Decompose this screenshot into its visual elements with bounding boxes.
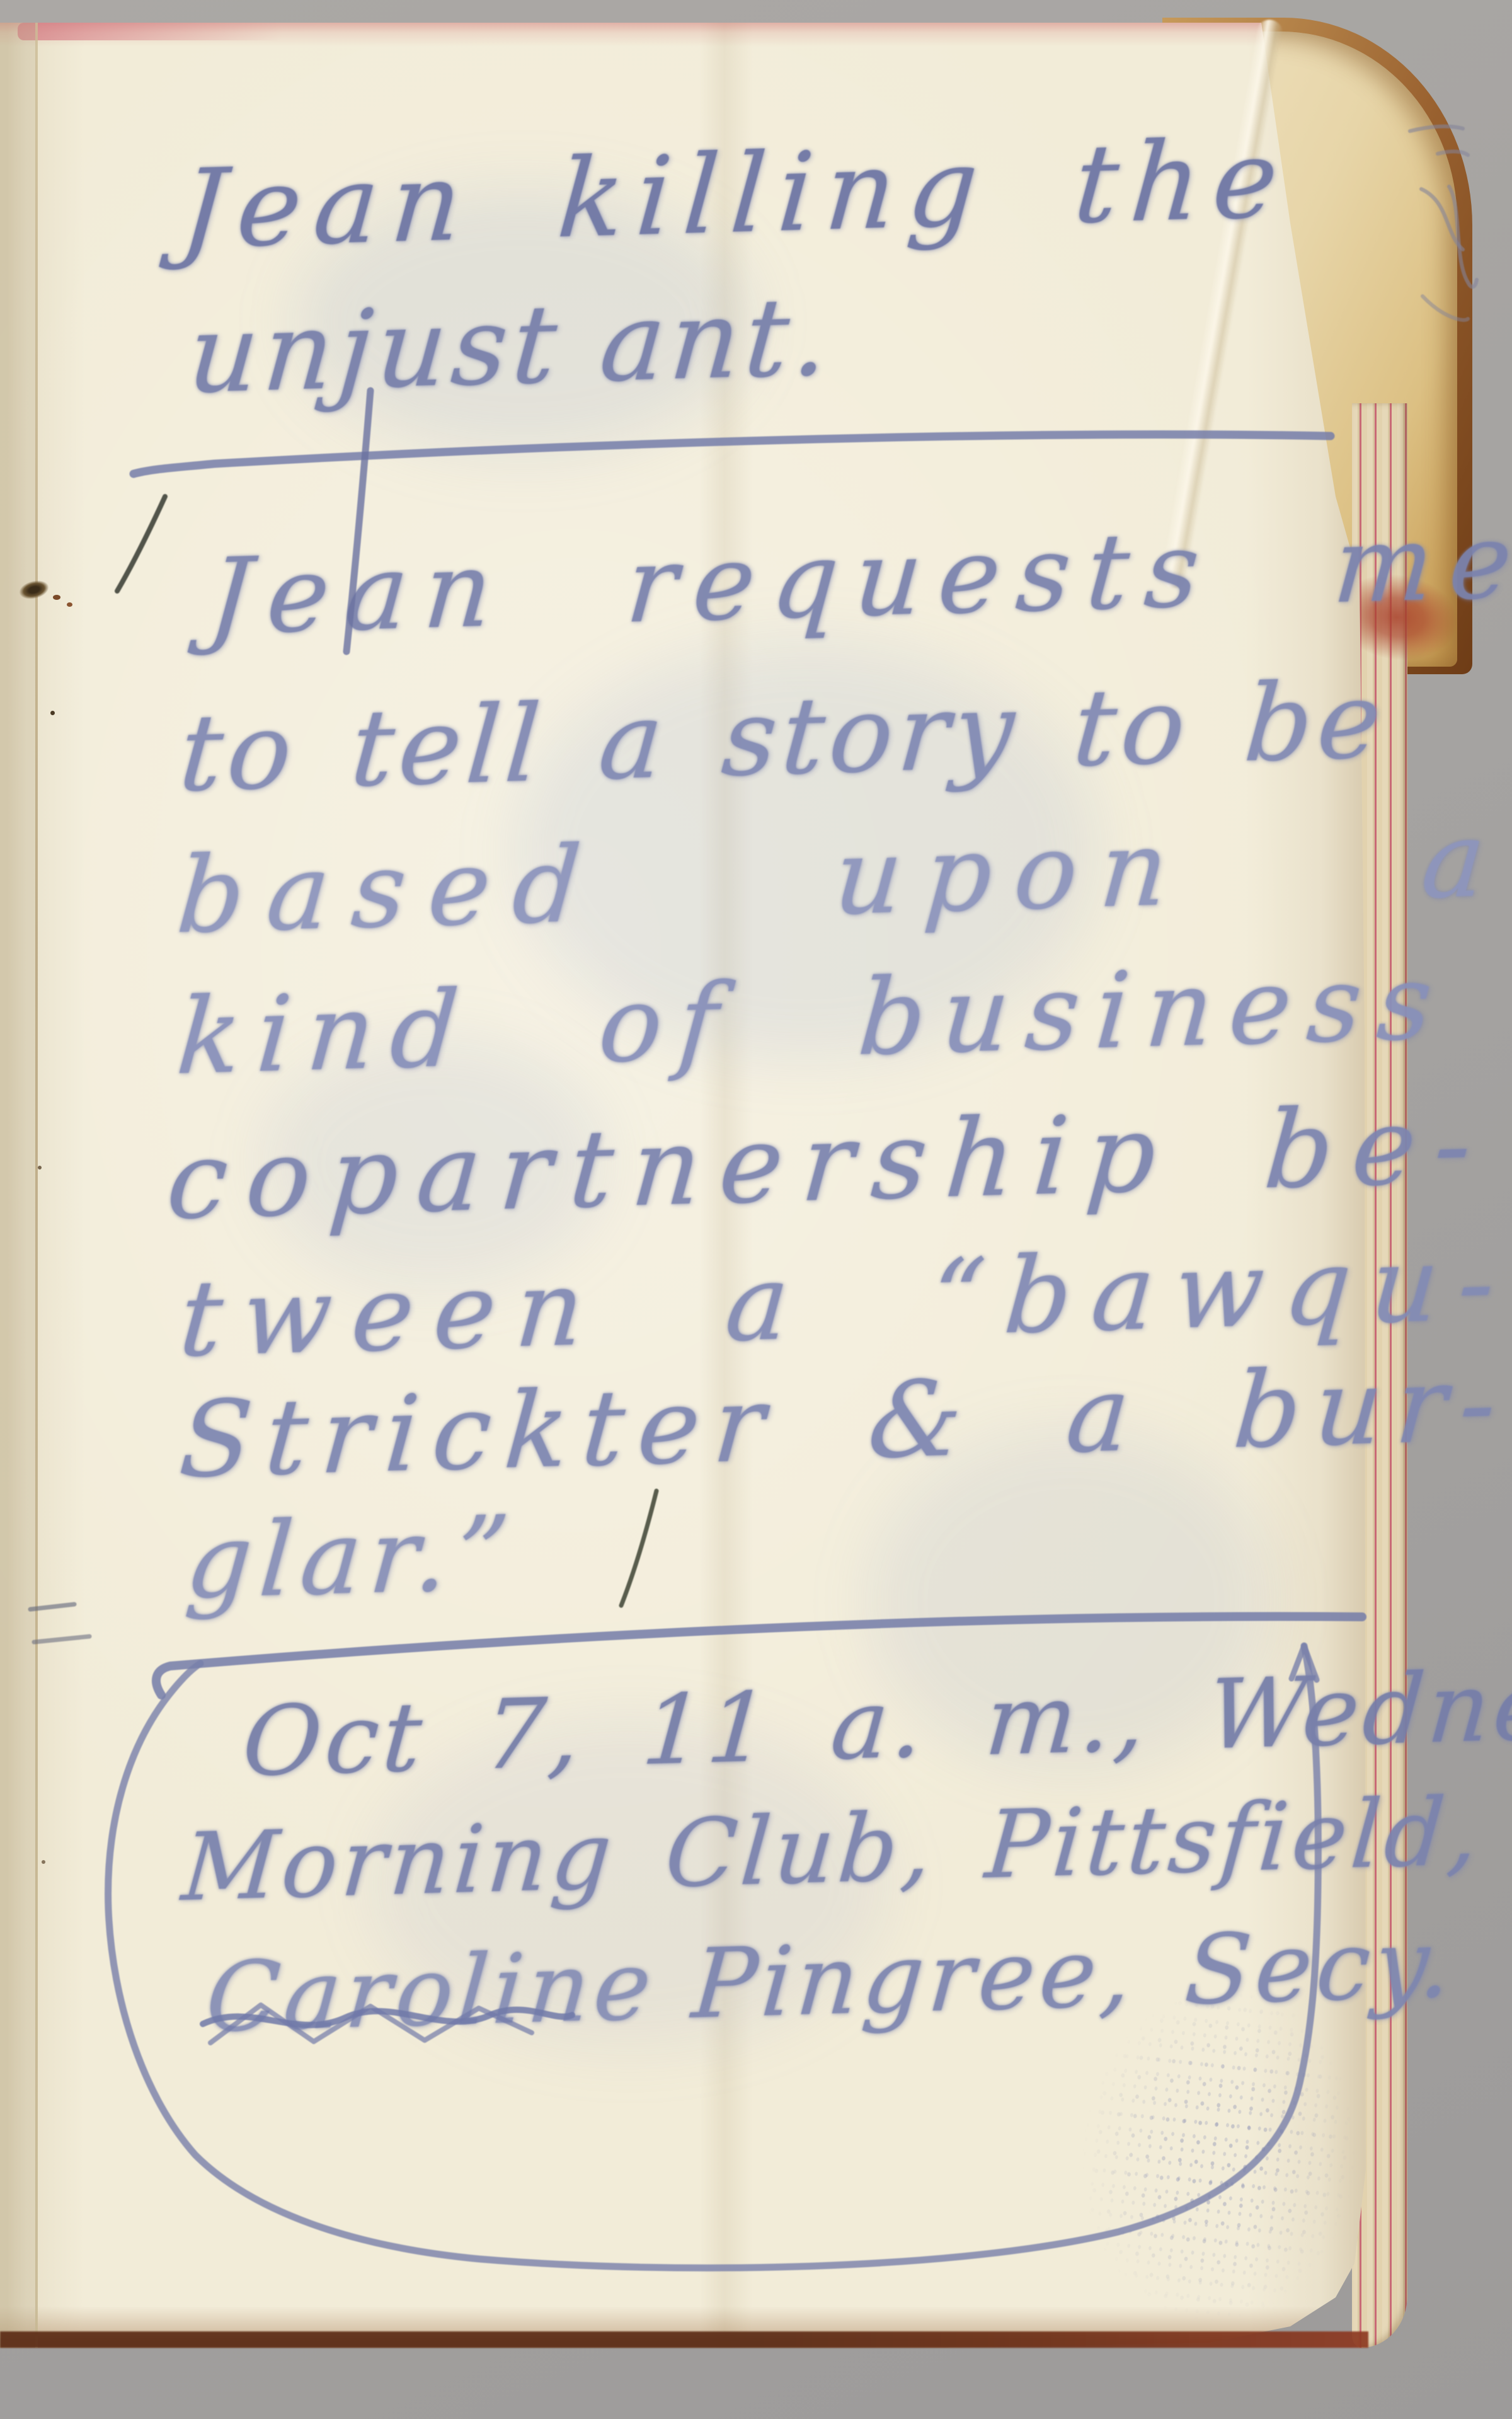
graphite-slash-after-glar xyxy=(621,1491,656,1606)
under-page-scribble-2 xyxy=(1438,151,1468,155)
margin-dash-1 xyxy=(30,1604,74,1609)
under-page-scribble-5 xyxy=(1423,296,1468,320)
separator-rule-top xyxy=(134,435,1331,474)
appointment-box-outline xyxy=(108,1646,1319,2268)
notebook-scan: Jean killing the unjust ant. Jean reques… xyxy=(0,0,1512,2419)
separator-rule-bottom xyxy=(156,1616,1362,1695)
pencil-strokes-overlay xyxy=(0,0,1512,2419)
vertical-tick-through-rule xyxy=(346,391,370,652)
graphite-slash-left xyxy=(117,497,165,591)
under-page-scribble-1 xyxy=(1410,127,1463,131)
margin-dash-2 xyxy=(34,1636,89,1642)
